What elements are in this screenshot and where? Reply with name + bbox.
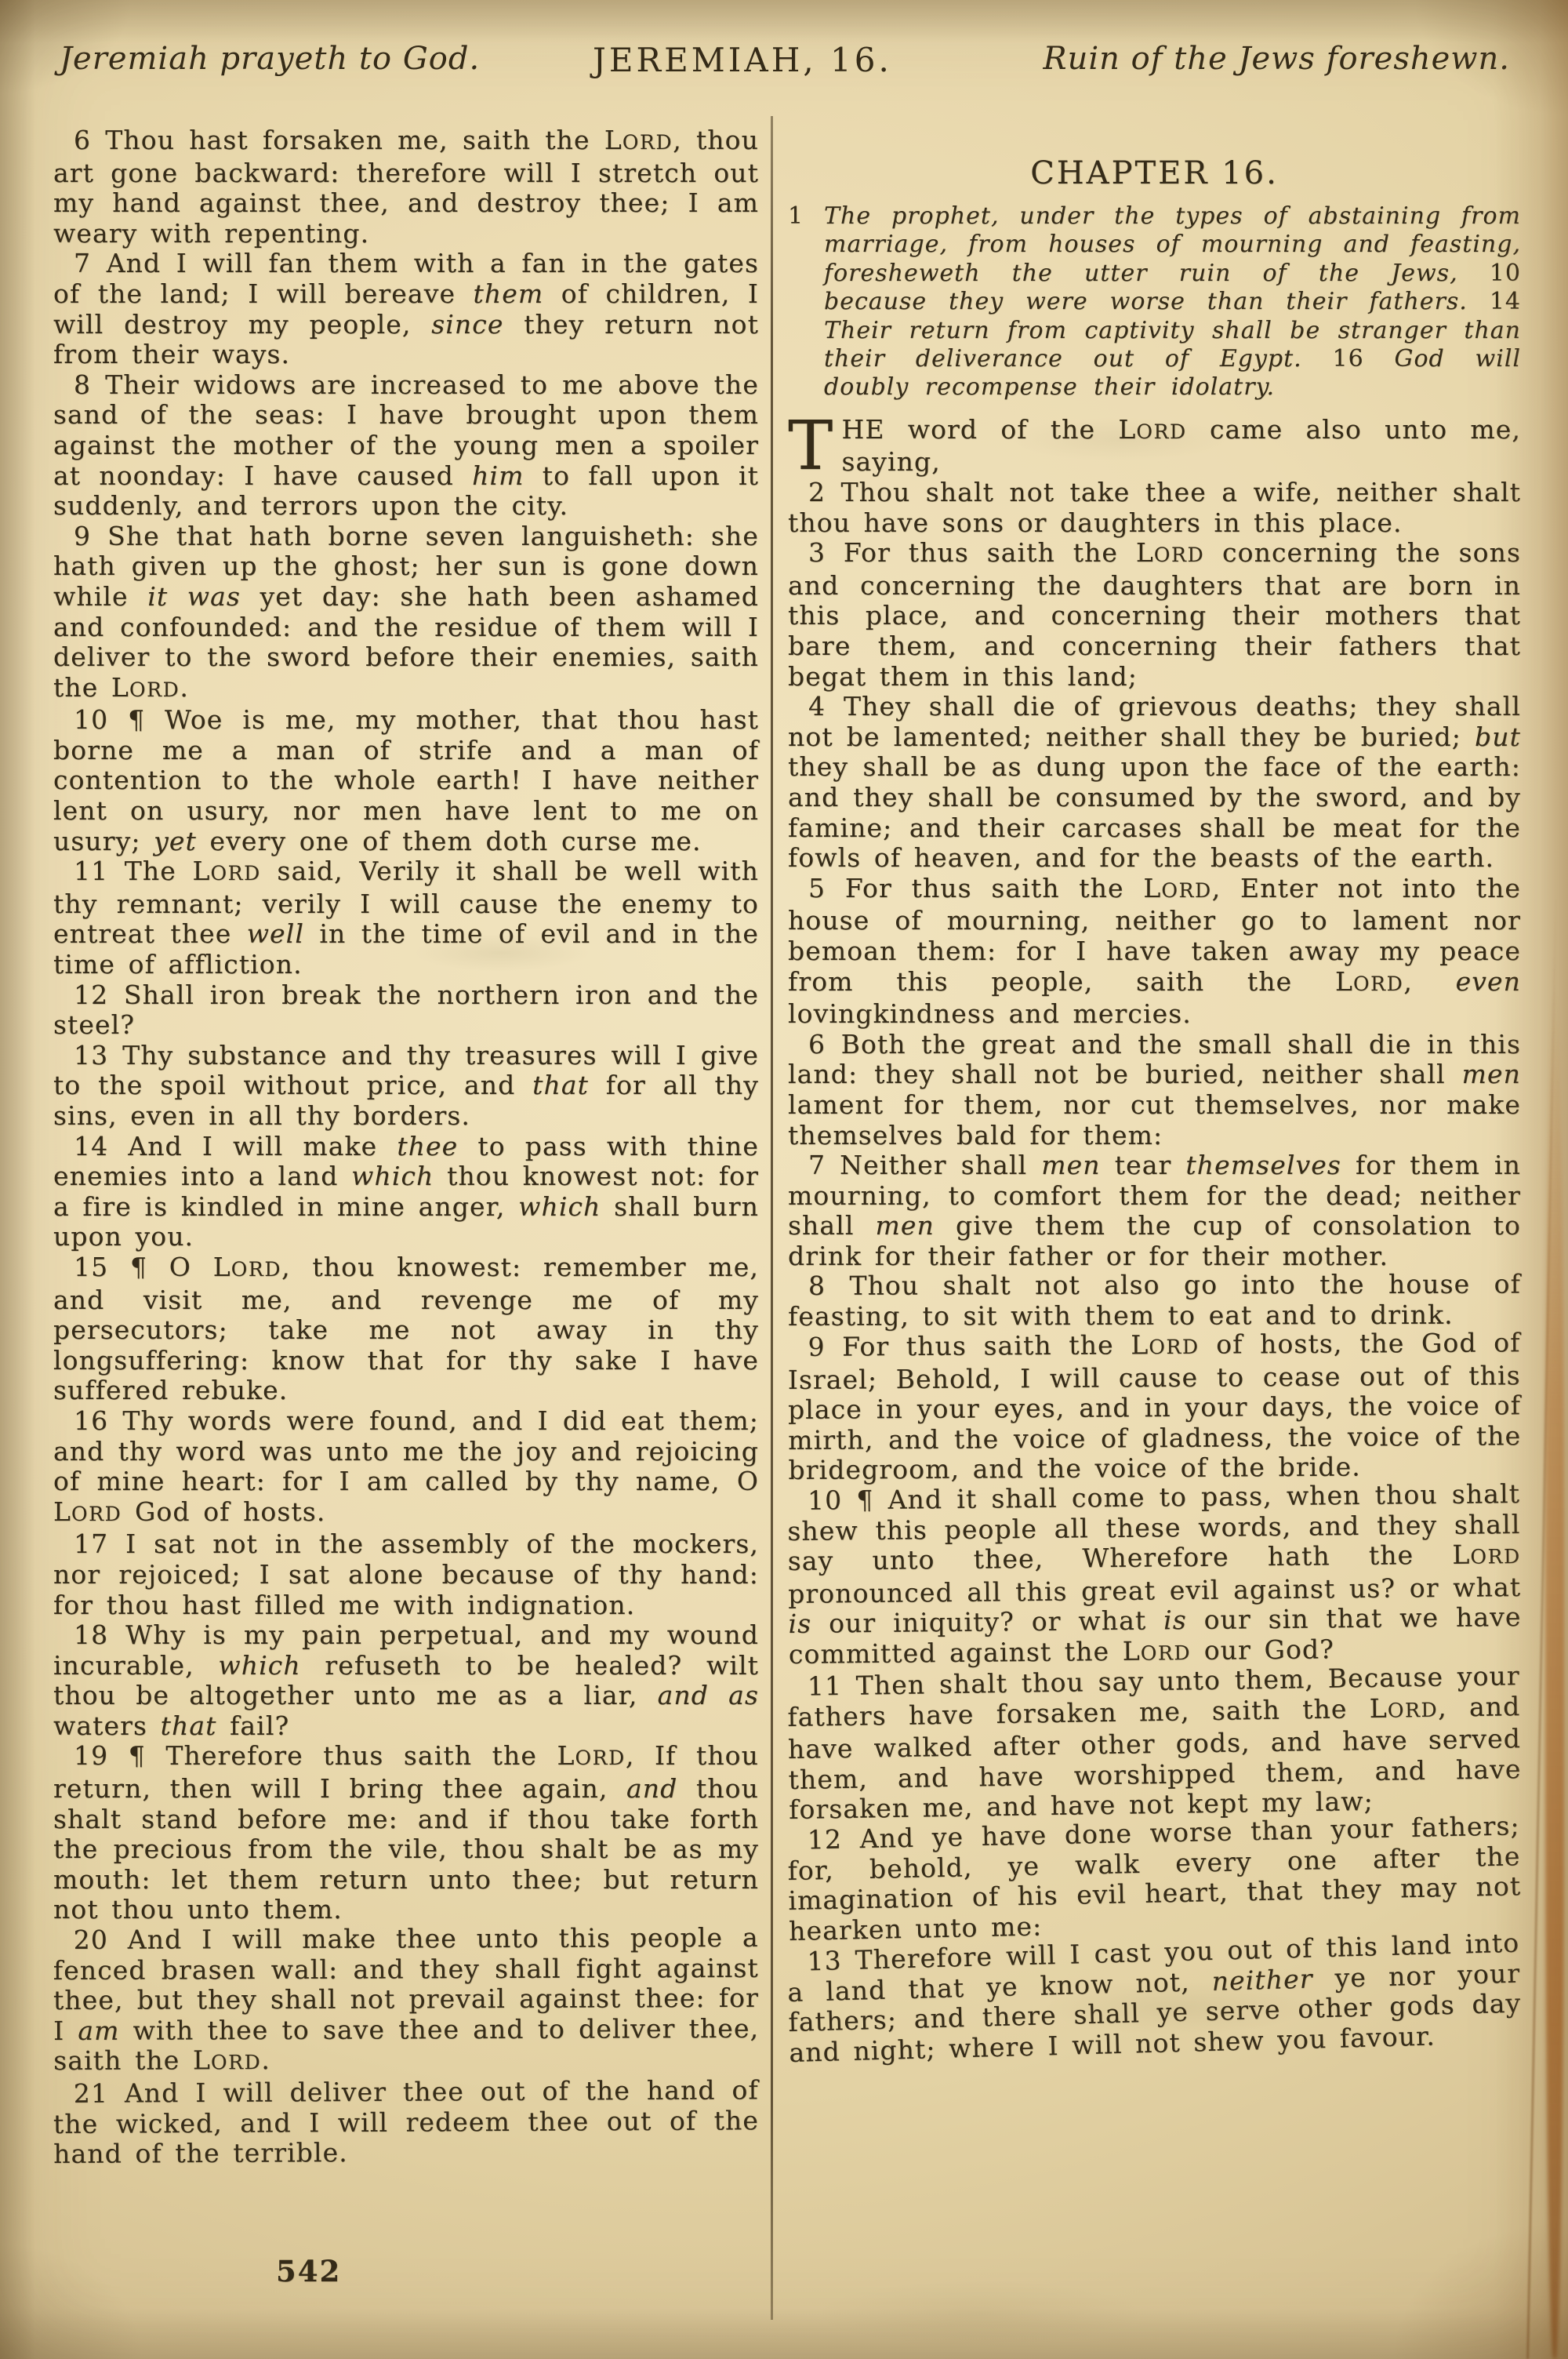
verse-number: 12: [807, 1824, 842, 1856]
small-caps-lord: ORD: [1353, 972, 1403, 995]
column-divider-rule: [771, 116, 773, 2320]
running-head-center: JEREMIAH, 16.: [593, 41, 892, 79]
verse: 18 Why is my pain perpetual, and my woun…: [53, 1620, 759, 1741]
verse: 5 For thus saith the LORD, Enter not int…: [788, 874, 1521, 1030]
verse: 8 Their widows are increased to me above…: [53, 370, 759, 522]
verse-number: 2: [808, 477, 826, 507]
verse: 11 The LORD said, Verily it shall be wel…: [53, 856, 759, 980]
verse: 8 Thou shalt not also go into the house …: [788, 1270, 1521, 1332]
verse-number: 5: [808, 873, 826, 903]
small-caps-lord: ORD: [1141, 1641, 1192, 1665]
small-caps-lord: ORD: [231, 1258, 281, 1281]
verse: 9 For thus saith the LORD of hosts, the …: [787, 1328, 1521, 1486]
verse: 21 And I will deliver thee out of the ha…: [53, 2075, 760, 2169]
verse: 17 I sat not in the assembly of the mock…: [53, 1529, 759, 1620]
page-edge-streak: [1545, 990, 1564, 2359]
verse: 9 She that hath borne seven languisheth:…: [53, 522, 759, 706]
verse-number: 14: [74, 1131, 108, 1161]
verse-number: 3: [808, 537, 826, 568]
small-caps-lord: ORD: [1136, 420, 1186, 443]
verse-number: 9: [808, 1331, 825, 1361]
small-caps-lord: ORD: [129, 678, 180, 701]
verse: 13 Therefore will I cast you out of this…: [786, 1928, 1523, 2068]
verse-number: 6: [74, 125, 91, 155]
verse-number: 18: [74, 1619, 108, 1650]
verse-number: 13: [807, 1945, 842, 1976]
verse-number: 8: [808, 1270, 826, 1301]
verse: 12 And ye have done worse than your fath…: [786, 1811, 1522, 1946]
verse-number: 11: [808, 1670, 843, 1702]
left-column: 6 Thou hast forsaken me, saith the LORD,…: [53, 118, 759, 2170]
verse: 16 Thy words were found, and I did eat t…: [53, 1406, 759, 1529]
small-caps-lord: ORD: [1154, 543, 1204, 566]
chapter-summary: 1 The prophet, under the types of abstai…: [788, 202, 1521, 402]
verse-number: 7: [74, 248, 91, 278]
verse-number: 10: [808, 1485, 843, 1515]
bible-page-scan: { "page": { "number": "542" }, "header":…: [0, 0, 1568, 2359]
small-caps-lord: ORD: [622, 131, 673, 154]
verse: 15 ¶ O LORD, thou knowest: remember me, …: [53, 1252, 759, 1406]
verse: THE word of the LORD came also unto me, …: [788, 415, 1521, 478]
verse-number: 13: [74, 1040, 108, 1070]
verse: 6 Thou hast forsaken me, saith the LORD,…: [53, 125, 759, 249]
verse: 20 And I will make thee unto this people…: [53, 1923, 760, 2079]
verse: 14 And I will make thee to pass with thi…: [53, 1132, 759, 1252]
verse-number: 4: [808, 691, 826, 722]
right-column: CHAPTER 16. 1 The prophet, under the typ…: [788, 118, 1521, 2068]
drop-cap: T: [788, 415, 841, 473]
running-head: Jeremiah prayeth to God. JEREMIAH, 16. R…: [0, 41, 1568, 88]
verse: 4 They shall die of grievous deaths; the…: [788, 692, 1521, 874]
verse: 2 Thou shalt not take thee a wife, neith…: [788, 478, 1521, 538]
running-head-left: Jeremiah prayeth to God.: [60, 41, 480, 77]
verse-number: 16: [74, 1405, 108, 1436]
verse: 7 Neither shall men tear themselves for …: [788, 1150, 1521, 1271]
verse-number: 7: [808, 1150, 826, 1180]
verse: 12 Shall iron break the northern iron an…: [53, 980, 759, 1041]
small-caps-lord: ORD: [1388, 1698, 1439, 1721]
verse: 10 ¶ Woe is me, my mother, that thou has…: [53, 705, 759, 856]
verse-number: 10: [74, 704, 108, 735]
verse-number: 6: [808, 1029, 826, 1060]
verse-number: 8: [74, 369, 91, 400]
small-caps-lord: ORD: [210, 862, 260, 885]
verse-number: 21: [74, 2078, 108, 2109]
verse-number: 12: [74, 980, 108, 1010]
verse: 13 Thy substance and thy treasures will …: [53, 1041, 759, 1132]
small-caps-lord: ORD: [71, 1503, 122, 1525]
verse-number: 11: [74, 856, 108, 886]
small-caps-lord: ORD: [1470, 1545, 1521, 1568]
small-caps-lord: ORD: [211, 2051, 261, 2074]
small-caps-lord: ORD: [1149, 1335, 1200, 1358]
chapter-heading: CHAPTER 16.: [788, 155, 1521, 191]
verse-number: 19: [74, 1740, 108, 1771]
verse: 6 Both the great and the small shall die…: [788, 1030, 1521, 1150]
verse: 7 And I will fan them with a fan in the …: [53, 249, 759, 369]
page-number: 542: [276, 2254, 341, 2288]
page-edge-crease: [1526, 896, 1557, 2359]
verse-number: 9: [74, 521, 91, 551]
small-caps-lord: ORD: [575, 1747, 626, 1769]
verse: 11 Then shalt thou say unto them, Becaus…: [787, 1661, 1523, 1826]
verse: 3 For thus saith the LORD concerning the…: [788, 538, 1521, 692]
verse: 19 ¶ Therefore thus saith the LORD, If t…: [53, 1741, 759, 1925]
verse-number: 17: [74, 1528, 108, 1559]
verse: 10 ¶ And it shall come to pass, when tho…: [787, 1479, 1522, 1673]
small-caps-lord: ORD: [1161, 879, 1211, 902]
verse-number: 20: [74, 1925, 108, 1955]
verse-number: 15: [74, 1252, 108, 1282]
running-head-right: Ruin of the Jews foreshewn.: [1043, 41, 1510, 77]
